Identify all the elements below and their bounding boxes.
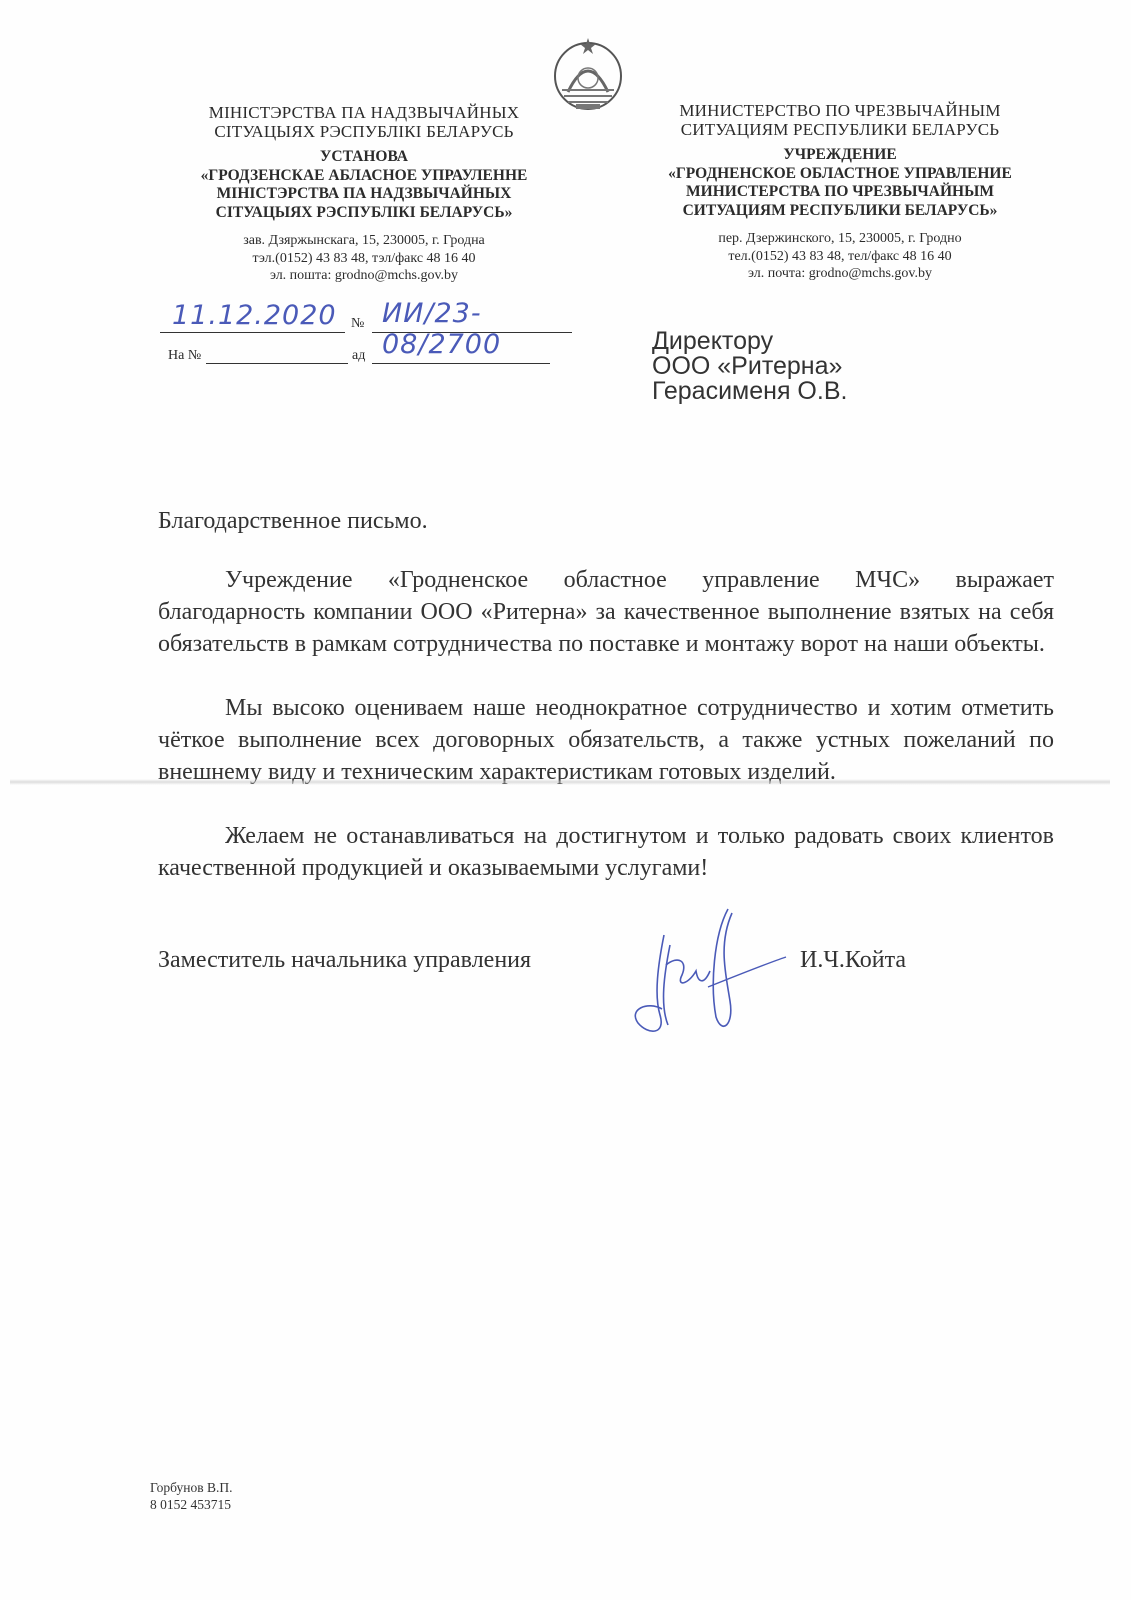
letterhead-right: МИНИСТЕРСТВО ПО ЧРЕЗВЫЧАЙНЫМ СИТУАЦИЯМ Р… xyxy=(630,101,1050,283)
ministry-line: МИНИСТЕРСТВО ПО ЧРЕЗВЫЧАЙНЫМ xyxy=(630,101,1050,120)
email-line: эл. почта: grodno@mchs.gov.by xyxy=(630,265,1050,283)
body-paragraph: Мы высоко оцениваем наше неоднократное с… xyxy=(158,692,1054,788)
handwritten-date: 11.12.2020 xyxy=(172,300,337,331)
recipient-position: Директору xyxy=(652,329,847,354)
recipient-company: ООО «Ритерна» xyxy=(652,354,847,379)
address-line: зав. Дзяржынскага, 15, 230005, г. Гродна xyxy=(160,232,568,250)
ministry-line: СИТУАЦИЯМ РЕСПУБЛИКИ БЕЛАРУСЬ xyxy=(630,120,1050,139)
org-line: УСТАНОВА xyxy=(160,148,568,167)
org-name-be: УСТАНОВА «ГРОДЗЕНСКАЕ АБЛАСНОЕ УПРАУЛЕНН… xyxy=(160,148,568,222)
ministry-name-be: МІНІСТЭРСТВА ПА НАДЗВЫЧАЙНЫХ СІТУАЦЫЯХ Р… xyxy=(160,103,568,141)
org-line: «ГРОДЗЕНСКАЕ АБЛАСНОЕ УПРАУЛЕННЕ xyxy=(160,167,568,186)
email-line: эл. пошта: grodno@mchs.gov.by xyxy=(160,267,568,285)
org-line: СІТУАЦЫЯХ РЭСПУБЛІКІ БЕЛАРУСЬ» xyxy=(160,204,568,223)
org-line: СИТУАЦИЯМ РЕСПУБЛИКИ БЕЛАРУСЬ» xyxy=(630,202,1050,221)
address-be: зав. Дзяржынскага, 15, 230005, г. Гродна… xyxy=(160,232,568,285)
registration-block: 11.12.2020 № ИИ/23-08/2700 На № ад xyxy=(160,300,580,370)
letterhead-left: МІНІСТЭРСТВА ПА НАДЗВЫЧАЙНЫХ СІТУАЦЫЯХ Р… xyxy=(160,103,568,285)
letter-title: Благодарственное письмо. xyxy=(158,505,428,537)
ministry-line: МІНІСТЭРСТВА ПА НАДЗВЫЧАЙНЫХ xyxy=(160,103,568,122)
paper-fold-line xyxy=(10,779,1110,785)
recipient-block: Директору ООО «Ритерна» Герасименя О.В. xyxy=(652,329,847,404)
signatory-name: И.Ч.Койта xyxy=(800,947,906,974)
signatory-position: Заместитель начальника управления xyxy=(158,947,531,974)
phone-line: тел.(0152) 43 83 48, тел/факс 48 16 40 xyxy=(630,248,1050,266)
paragraph-text: Желаем не останавливаться на достигнутом… xyxy=(158,823,1054,881)
from-underline xyxy=(372,363,550,364)
phone-line: тэл.(0152) 43 83 48, тэл/факс 48 16 40 xyxy=(160,250,568,268)
address-ru: пер. Дзержинского, 15, 230005, г. Гродно… xyxy=(630,230,1050,283)
handwritten-number: ИИ/23-08/2700 xyxy=(382,298,580,360)
recipient-name: Герасименя О.В. xyxy=(652,379,847,404)
paragraph-text: Мы высоко оцениваем наше неоднократное с… xyxy=(158,695,1054,785)
reply-number-underline xyxy=(206,363,348,364)
executor-name: Горбунов В.П. xyxy=(150,1479,232,1496)
from-label: ад xyxy=(352,348,365,364)
date-underline xyxy=(160,332,345,333)
ministry-name-ru: МИНИСТЕРСТВО ПО ЧРЕЗВЫЧАЙНЫМ СИТУАЦИЯМ Р… xyxy=(630,101,1050,139)
paragraph-text: Учреждение «Гродненское областное управл… xyxy=(158,567,1054,657)
org-line: УЧРЕЖДЕНИЕ xyxy=(630,146,1050,165)
handwritten-signature-icon xyxy=(618,905,788,1040)
org-line: МІНІСТЭРСТВА ПА НАДЗВЫЧАЙНЫХ xyxy=(160,185,568,204)
org-name-ru: УЧРЕЖДЕНИЕ «ГРОДНЕНСКОЕ ОБЛАСТНОЕ УПРАВЛ… xyxy=(630,146,1050,220)
ministry-line: СІТУАЦЫЯХ РЭСПУБЛІКІ БЕЛАРУСЬ xyxy=(160,122,568,141)
body-paragraph: Учреждение «Гродненское областное управл… xyxy=(158,564,1054,660)
executor-phone: 8 0152 453715 xyxy=(150,1496,232,1513)
executor-block: Горбунов В.П. 8 0152 453715 xyxy=(150,1479,232,1513)
number-label: № xyxy=(351,316,364,332)
reply-number-label: На № xyxy=(168,348,201,364)
body-paragraph: Желаем не останавливаться на достигнутом… xyxy=(158,820,1054,884)
address-line: пер. Дзержинского, 15, 230005, г. Гродно xyxy=(630,230,1050,248)
org-line: МИНИСТЕРСТВА ПО ЧРЕЗВЫЧАЙНЫМ xyxy=(630,183,1050,202)
org-line: «ГРОДНЕНСКОЕ ОБЛАСТНОЕ УПРАВЛЕНИЕ xyxy=(630,165,1050,184)
